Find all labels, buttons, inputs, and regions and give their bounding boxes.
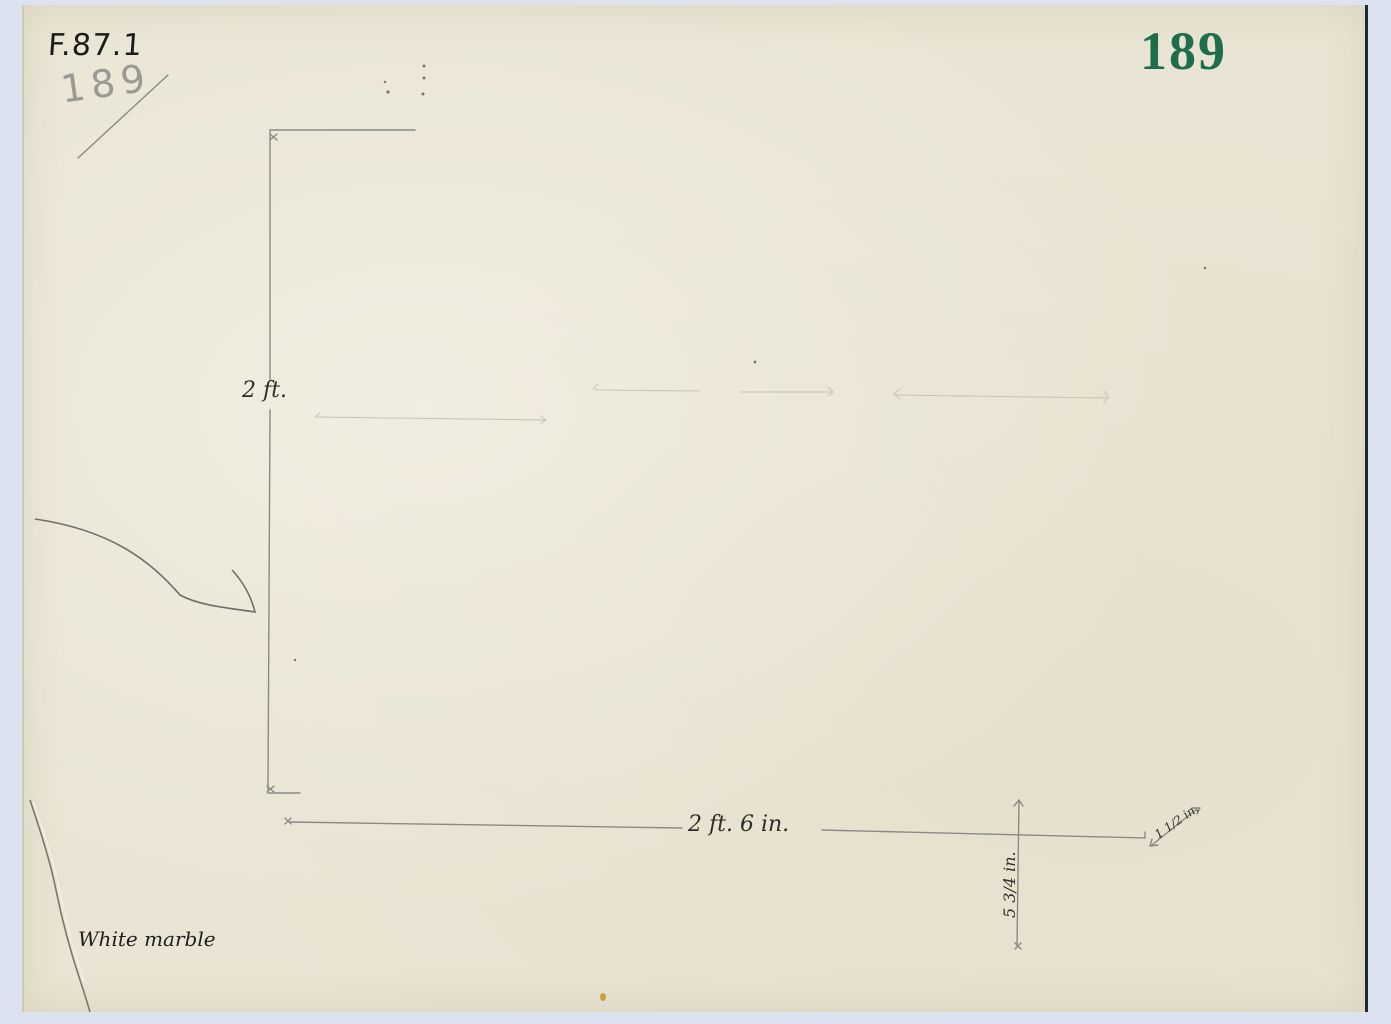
mount-card (22, 5, 1368, 1012)
width-dimension-label: 2 ft. 6 in. (688, 812, 789, 837)
card-left-edge (22, 5, 24, 1012)
stain-spot (600, 993, 606, 1001)
plate-number: 189 (1140, 20, 1227, 82)
depth-dimension-label: 5 3/4 in. (1000, 851, 1019, 918)
height-dimension-label: 2 ft. (242, 378, 287, 403)
material-label: White marble (78, 927, 216, 951)
